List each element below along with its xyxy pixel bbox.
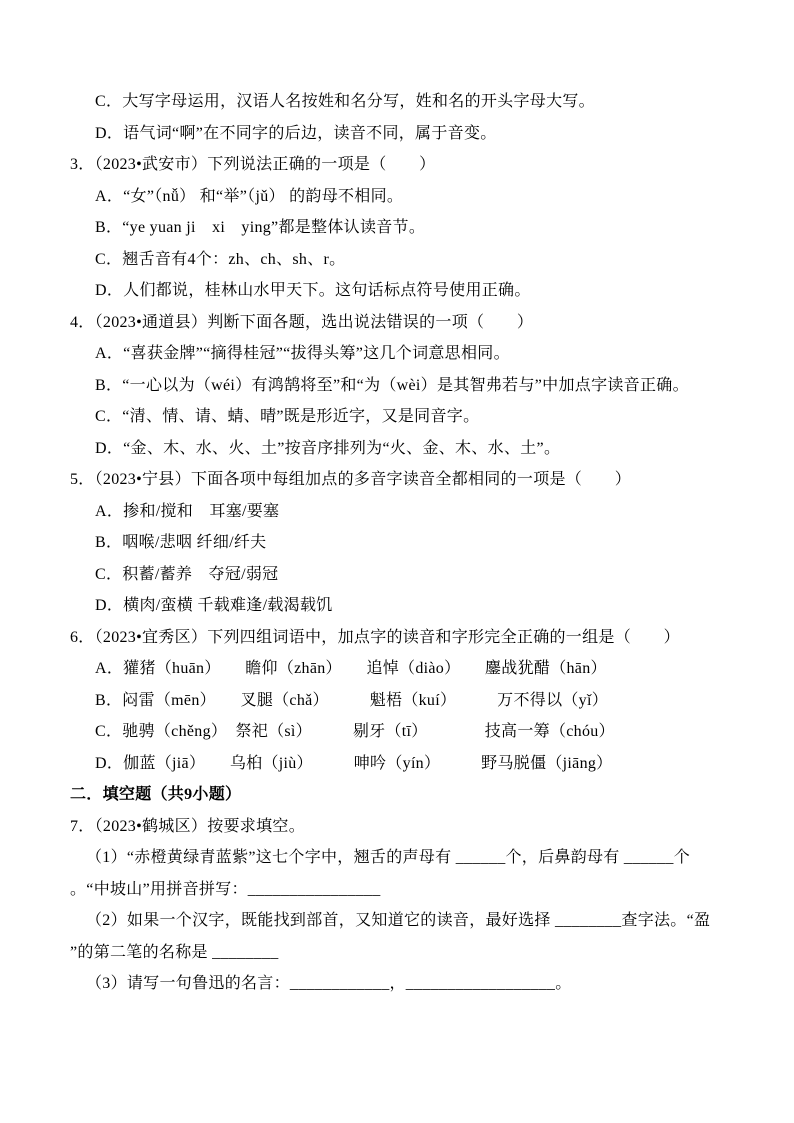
- option-line: D．人们都说，桂林山水甲天下。这句话标点符号使用正确。: [95, 275, 734, 307]
- option-line: D．语气词“啊”在不同字的后边，读音不同，属于音变。: [95, 118, 734, 150]
- option-line: A．掺和/搅和 耳塞/要塞: [95, 496, 734, 528]
- option-line: B．闷雷（mēn） 叉腿（chǎ） 魁梧（kuí） 万不得以（yǐ）: [95, 685, 734, 717]
- option-line: C．积蓄/蓄养 夺冠/弱冠: [95, 559, 734, 591]
- option-line: B．“ye yuan ji xi ying”都是整体认读音节。: [95, 212, 734, 244]
- fill-blank-line: （1）“赤橙黄绿青蓝紫”这七个字中，翘舌的声母有 ______个，后鼻韵母有 _…: [86, 842, 734, 874]
- exam-page: C．大写字母运用，汉语人名按姓和名分写，姓和名的开头字母大写。 D．语气词“啊”…: [0, 0, 794, 1123]
- option-line: C．驰骋（chěng） 祭祀（sì） 剔牙（tī） 技高一筹（chóu）: [95, 716, 734, 748]
- question-line: 5．（2023•宁县）下面各项中每组加点的多音字读音全都相同的一项是（ ）: [70, 464, 734, 496]
- question-line: 6．（2023•宜秀区）下列四组词语中，加点字的读音和字形完全正确的一组是（ ）: [70, 622, 734, 654]
- option-line: D．横肉/蛮横 千载难逢/载渴载饥: [95, 590, 734, 622]
- question-line: 7．（2023•鹤城区）按要求填空。: [70, 811, 734, 843]
- option-line: B．咽喉/悲咽 纤细/纤夫: [95, 527, 734, 559]
- option-line: B．“一心以为（wéi）有鸿鹄将至”和“为（wèi）是其智弗若与”中加点字读音正…: [95, 370, 734, 402]
- option-line: A．“女”（nǚ） 和“举”（jǔ） 的韵母不相同。: [95, 181, 734, 213]
- option-line: A．獾猪（huān） 瞻仰（zhān） 追悼（diào） 鏖战犹醋（hān）: [95, 653, 734, 685]
- option-line: C．大写字母运用，汉语人名按姓和名分写，姓和名的开头字母大写。: [95, 86, 734, 118]
- continuation-line: ”的第二笔的名称是 ________: [70, 937, 734, 969]
- fill-blank-line: （2）如果一个汉字，既能找到部首，又知道它的读音，最好选择 ________查字…: [86, 905, 734, 937]
- option-line: C．翘舌音有4个：zh、ch、sh、r。: [95, 244, 734, 276]
- option-line: D．伽蓝（jiā） 乌桕（jiù） 呻吟（yín） 野马脱僵（jiāng）: [95, 748, 734, 780]
- option-line: D．“金、木、水、火、土”按音序排列为“火、金、木、水、土”。: [95, 433, 734, 465]
- question-line: 4．（2023•通道县）判断下面各题，选出说法错误的一项（ ）: [70, 307, 734, 339]
- question-line: 3．（2023•武安市）下列说法正确的一项是（ ）: [70, 149, 734, 181]
- option-line: A．“喜获金牌”“摘得桂冠”“拔得头筹”这几个词意思相同。: [95, 338, 734, 370]
- option-line: C．“清、情、请、蜻、晴”既是形近字，又是同音字。: [95, 401, 734, 433]
- section-heading: 二．填空题（共9小题）: [70, 779, 734, 811]
- fill-blank-line: （3）请写一句鲁迅的名言：____________，______________…: [86, 968, 734, 1000]
- continuation-line: 。“中坡山”用拼音拼写：________________: [70, 874, 734, 906]
